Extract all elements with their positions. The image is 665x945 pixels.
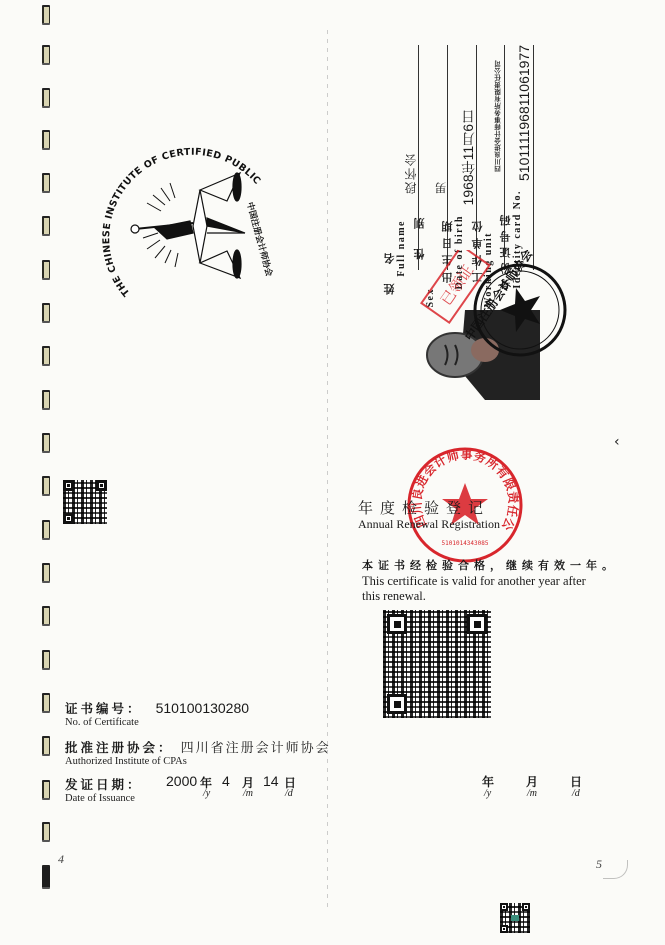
renewal-body-zh: 本证书经检验合格，继续有效一年。 — [362, 557, 618, 573]
unit-day-en: /d — [285, 788, 293, 799]
page-fold — [327, 30, 328, 910]
renewal-title-zh: 年度检验登记 — [358, 497, 490, 518]
issuance-year: 2000 — [166, 773, 197, 789]
binding-ring — [42, 173, 50, 193]
issuance-day: 14 — [263, 773, 279, 789]
working-unit-value: 四川良进会计师事务所有限责任公司 — [493, 60, 502, 172]
binding-ring — [42, 5, 50, 25]
renewal-body-en: This certificate is valid for another ye… — [362, 574, 597, 604]
id-card-value: 510111196811061977 — [516, 45, 532, 181]
qr-code-small — [500, 903, 530, 933]
svg-text:已领证: 已领证 — [437, 262, 478, 309]
dob-value: 1968年11月6日 — [458, 110, 478, 205]
certificate-number-label-zh: 证书编号： — [65, 701, 143, 716]
svg-text:5101014343085: 5101014343085 — [442, 540, 489, 547]
binding-ring — [42, 822, 50, 842]
certificate-number-value: 510100130280 — [156, 700, 249, 716]
binding-ring — [42, 303, 50, 323]
date-of-issuance-label-zh: 发证日期： — [65, 777, 143, 792]
qr-code-right — [383, 610, 491, 718]
unit-year-en: /y — [203, 788, 210, 799]
binding-ring — [42, 346, 50, 366]
cicpa-emblem: THE CHINESE INSTITUTE OF CERTIFIED PUBLI… — [95, 143, 290, 308]
authorized-institute-row: 批准注册协会： 四川省注册会计师协会 Authorized Institute … — [65, 737, 331, 767]
renewal-unit-day-en: /d — [572, 788, 580, 799]
binding-ring — [42, 390, 50, 410]
sex-value: 男 — [432, 180, 449, 194]
authorized-institute-value: 四川省注册会计师协会 — [181, 741, 331, 756]
full-name-value: 段怀会 — [402, 152, 419, 194]
rule — [533, 45, 534, 270]
date-of-issuance-row: 发证日期： Date of Issuance 2000 年 /y 4 月 /m … — [65, 774, 325, 804]
binding-ring — [42, 520, 50, 540]
binding-ring — [42, 130, 50, 150]
id-photo-area: 中国注册会计师协会 已领证 — [400, 250, 590, 410]
binding-ring — [42, 736, 50, 756]
page-number-right: 5 — [596, 857, 602, 872]
renewal-unit-month-en: /m — [527, 788, 537, 799]
svg-text:中国注册会计师协会: 中国注册会计师协会 — [244, 201, 275, 278]
margin-mark: ‹ — [614, 434, 620, 450]
binding-ring — [42, 216, 50, 236]
binding-ring — [42, 45, 50, 65]
certificate-number-label-en: No. of Certificate — [65, 717, 249, 728]
renewal-title-en: Annual Renewal Registration — [358, 517, 500, 532]
page-curl-mark — [603, 860, 628, 879]
binding-ring — [42, 476, 50, 496]
qr-code-left — [63, 480, 107, 524]
binding-ring — [42, 865, 50, 889]
binding-ring — [42, 260, 50, 280]
binding-ring — [42, 693, 50, 713]
renewal-unit-year-en: /y — [484, 788, 491, 799]
scales-emblem-icon: THE CHINESE INSTITUTE OF CERTIFIED PUBLI… — [95, 143, 290, 308]
unit-month-en: /m — [243, 788, 253, 799]
binding-ring — [42, 88, 50, 108]
binding-ring — [42, 606, 50, 626]
renewal-date: 年 /y 月 /m 日 /d — [482, 773, 602, 803]
page-number-left: 4 — [58, 852, 64, 867]
authorized-institute-label-en: Authorized Institute of CPAs — [65, 756, 331, 767]
binding-ring — [42, 780, 50, 800]
id-photo: 中国注册会计师协会 已领证 — [400, 250, 590, 410]
issuance-month: 4 — [222, 773, 230, 789]
binding-ring — [42, 433, 50, 453]
authorized-institute-label-zh: 批准注册协会： — [65, 740, 174, 755]
binding-ring — [42, 650, 50, 670]
binding-ring — [42, 563, 50, 583]
certificate-number-row: 证书编号： 510100130280 No. of Certificate — [65, 698, 249, 728]
